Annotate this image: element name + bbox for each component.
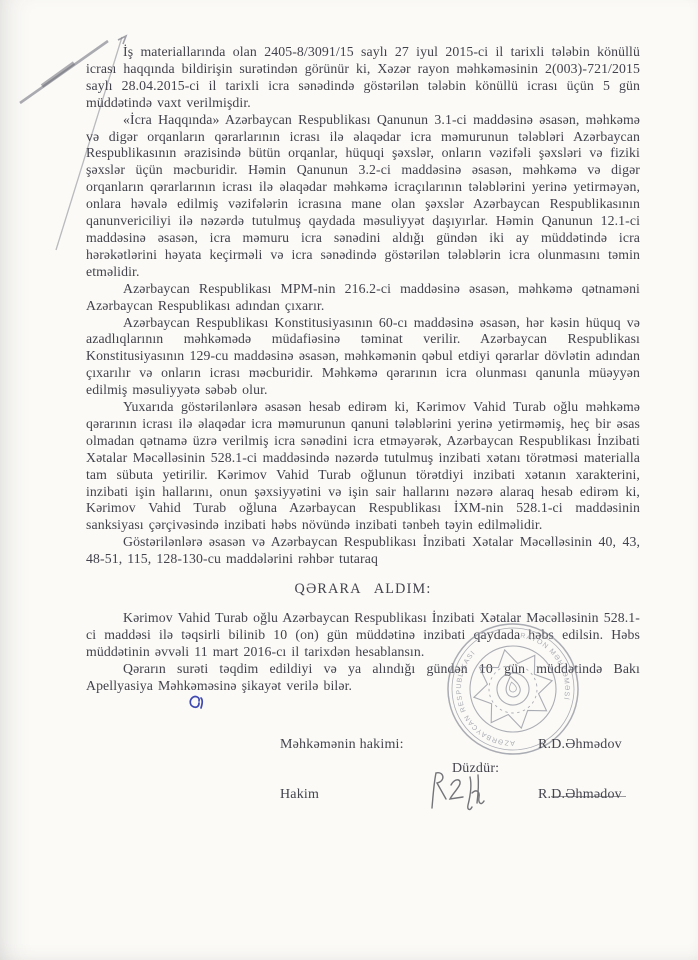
flame-icon — [503, 675, 521, 698]
scanned-court-decision-page: İş materiallarında olan 2405-8/3091/15 s… — [0, 0, 698, 960]
eight-pointed-star-icon — [466, 642, 561, 737]
body-paragraph: Göstərilənlərə əsasən və Azərbaycan Resp… — [86, 534, 640, 568]
body-paragraph: İş materiallarında olan 2405-8/3091/15 s… — [86, 44, 640, 112]
judge-signature — [425, 768, 489, 816]
body-paragraph: Yuxarıda göstərilənlərə əsasən hesab edi… — [86, 399, 640, 534]
flame-icon — [508, 681, 517, 692]
judge-name-certified: R.D.Əhmədov — [538, 787, 622, 803]
document-body: İş materiallarında olan 2405-8/3091/15 s… — [86, 44, 640, 695]
body-paragraph: «İcra Haqqında» Azərbaycan Respublikası … — [86, 112, 640, 281]
judge-name: R.D.Əhmədov — [538, 737, 622, 753]
body-paragraph: Azərbaycan Respublikası MPM-nin 216.2-ci… — [86, 281, 640, 315]
decision-heading: QƏRARA ALDIM: — [86, 581, 640, 598]
svg-text:RAYON MƏHKƏMƏSİ AZƏRBA: RAYON MƏHKƏMƏSİ AZƏRBAYCAN RESPUBLİKASI — [445, 621, 580, 755]
judge-title-label: Hakim — [280, 787, 319, 803]
pen-mark-icon — [186, 694, 210, 716]
body-paragraph: Azərbaycan Respublikası Konstitusiyasını… — [86, 315, 640, 400]
judge-role-label: Məhkəmənin hakimi: — [280, 737, 404, 753]
